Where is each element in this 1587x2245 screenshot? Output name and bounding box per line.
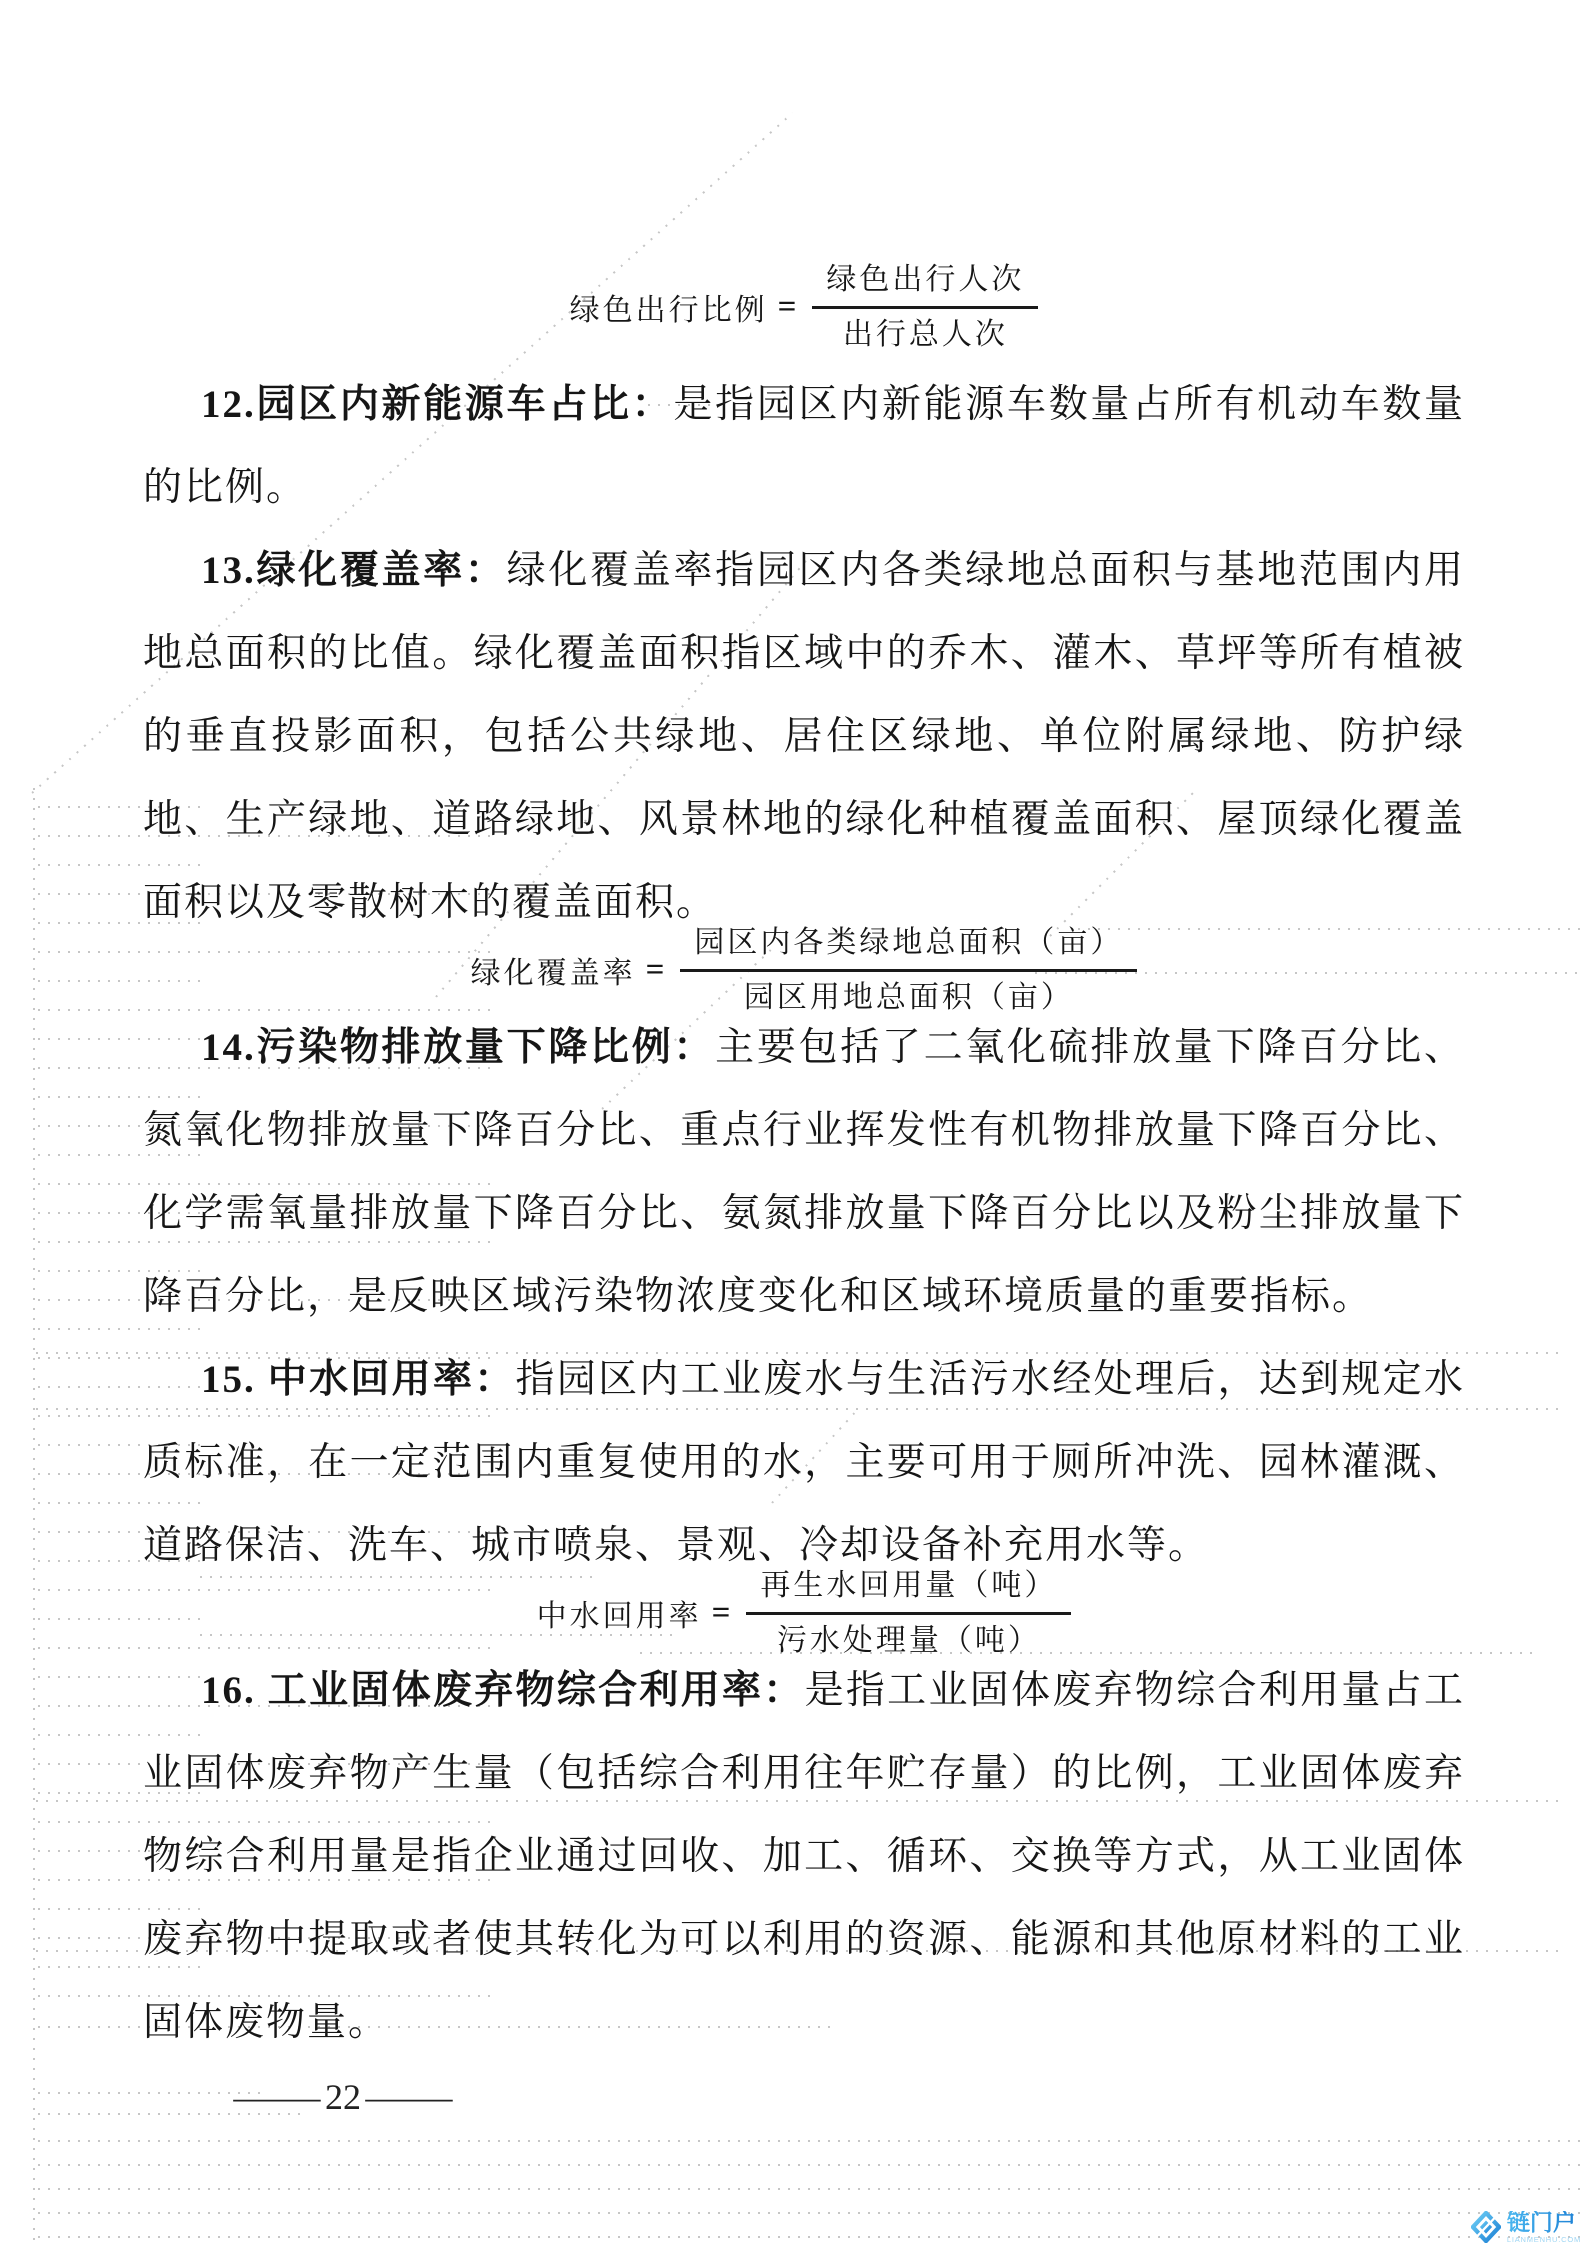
term-label: 16. 工业固体废弃物综合利用率： [201,1669,805,1712]
watermark-text: 链门户 LIANMENHU.COM [1507,2211,1581,2244]
term-definition: 主要包括了二氧化硫排放量下降百分比、氮氧化物排放量下降百分比、重点行业挥发性有机… [143,1026,1465,1318]
definition-item-15: 15. 中水回用率：指园区内工业废水与生活污水经处理后，达到规定水质标准，在一定… [143,1338,1465,1587]
brand-name: 链门户 [1507,2211,1581,2234]
page-number-right-dash: — [366,2076,452,2118]
lianmenhu-logo-icon [1471,2211,1501,2243]
fraction-denominator: 出行总人次 [812,309,1038,354]
document-page: 绿色出行比例 = 绿色出行人次 出行总人次 12.园区内新能源车占比：是指园区内… [0,0,1587,2245]
page-number-value: 22 [325,2076,361,2118]
brand-domain: LIANMENHU.COM [1507,2236,1581,2244]
document-body: 绿色出行比例 = 绿色出行人次 出行总人次 12.园区内新能源车占比：是指园区内… [143,251,1465,2118]
term-definition: 绿化覆盖率指园区内各类绿地总面积与基地范围内用地总面积的比值。绿化覆盖面积指区域… [143,549,1465,924]
fraction-numerator: 再生水回用量（吨） [746,1567,1071,1615]
formula-label: 绿化覆盖率 [471,948,636,992]
equals-sign: = [712,1595,731,1632]
definition-item-16: 16. 工业固体废弃物综合利用率：是指工业固体废弃物综合利用量占工业固体废弃物产… [143,1649,1465,2064]
term-definition: 是指工业固体废弃物综合利用量占工业固体废弃物产生量（包括综合利用往年贮存量）的比… [143,1669,1465,2044]
lianmenhu-watermark-link[interactable]: 链门户 LIANMENHU.COM [1471,2211,1581,2244]
formula-label: 中水回用率 [537,1591,702,1635]
term-label: 14.污染物排放量下降比例： [201,1026,715,1069]
definition-item-13: 13.绿化覆盖率：绿化覆盖率指园区内各类绿地总面积与基地范围内用地总面积的比值。… [143,529,1465,944]
page-number: — 22 — [259,2076,1465,2118]
fraction-numerator: 园区内各类绿地总面积（亩） [680,924,1137,972]
fraction: 园区内各类绿地总面积（亩） 园区用地总面积（亩） [680,924,1137,1016]
formula-green-travel-ratio: 绿色出行比例 = 绿色出行人次 出行总人次 [143,251,1465,363]
fraction: 再生水回用量（吨） 污水处理量（吨） [746,1567,1071,1659]
definition-item-12: 12.园区内新能源车占比：是指园区内新能源车数量占所有机动车数量的比例。 [143,363,1465,529]
term-label: 15. 中水回用率： [201,1358,516,1401]
equals-sign: = [778,289,797,326]
term-label: 12.园区内新能源车占比： [201,383,673,426]
fraction-numerator: 绿色出行人次 [812,261,1038,309]
equals-sign: = [646,952,665,989]
definition-item-14: 14.污染物排放量下降比例：主要包括了二氧化硫排放量下降百分比、氮氧化物排放量下… [143,1006,1465,1338]
term-label: 13.绿化覆盖率： [201,549,507,592]
formula-label: 绿色出行比例 [570,285,768,329]
page-number-left-dash: — [234,2076,320,2118]
fraction: 绿色出行人次 出行总人次 [812,261,1038,353]
